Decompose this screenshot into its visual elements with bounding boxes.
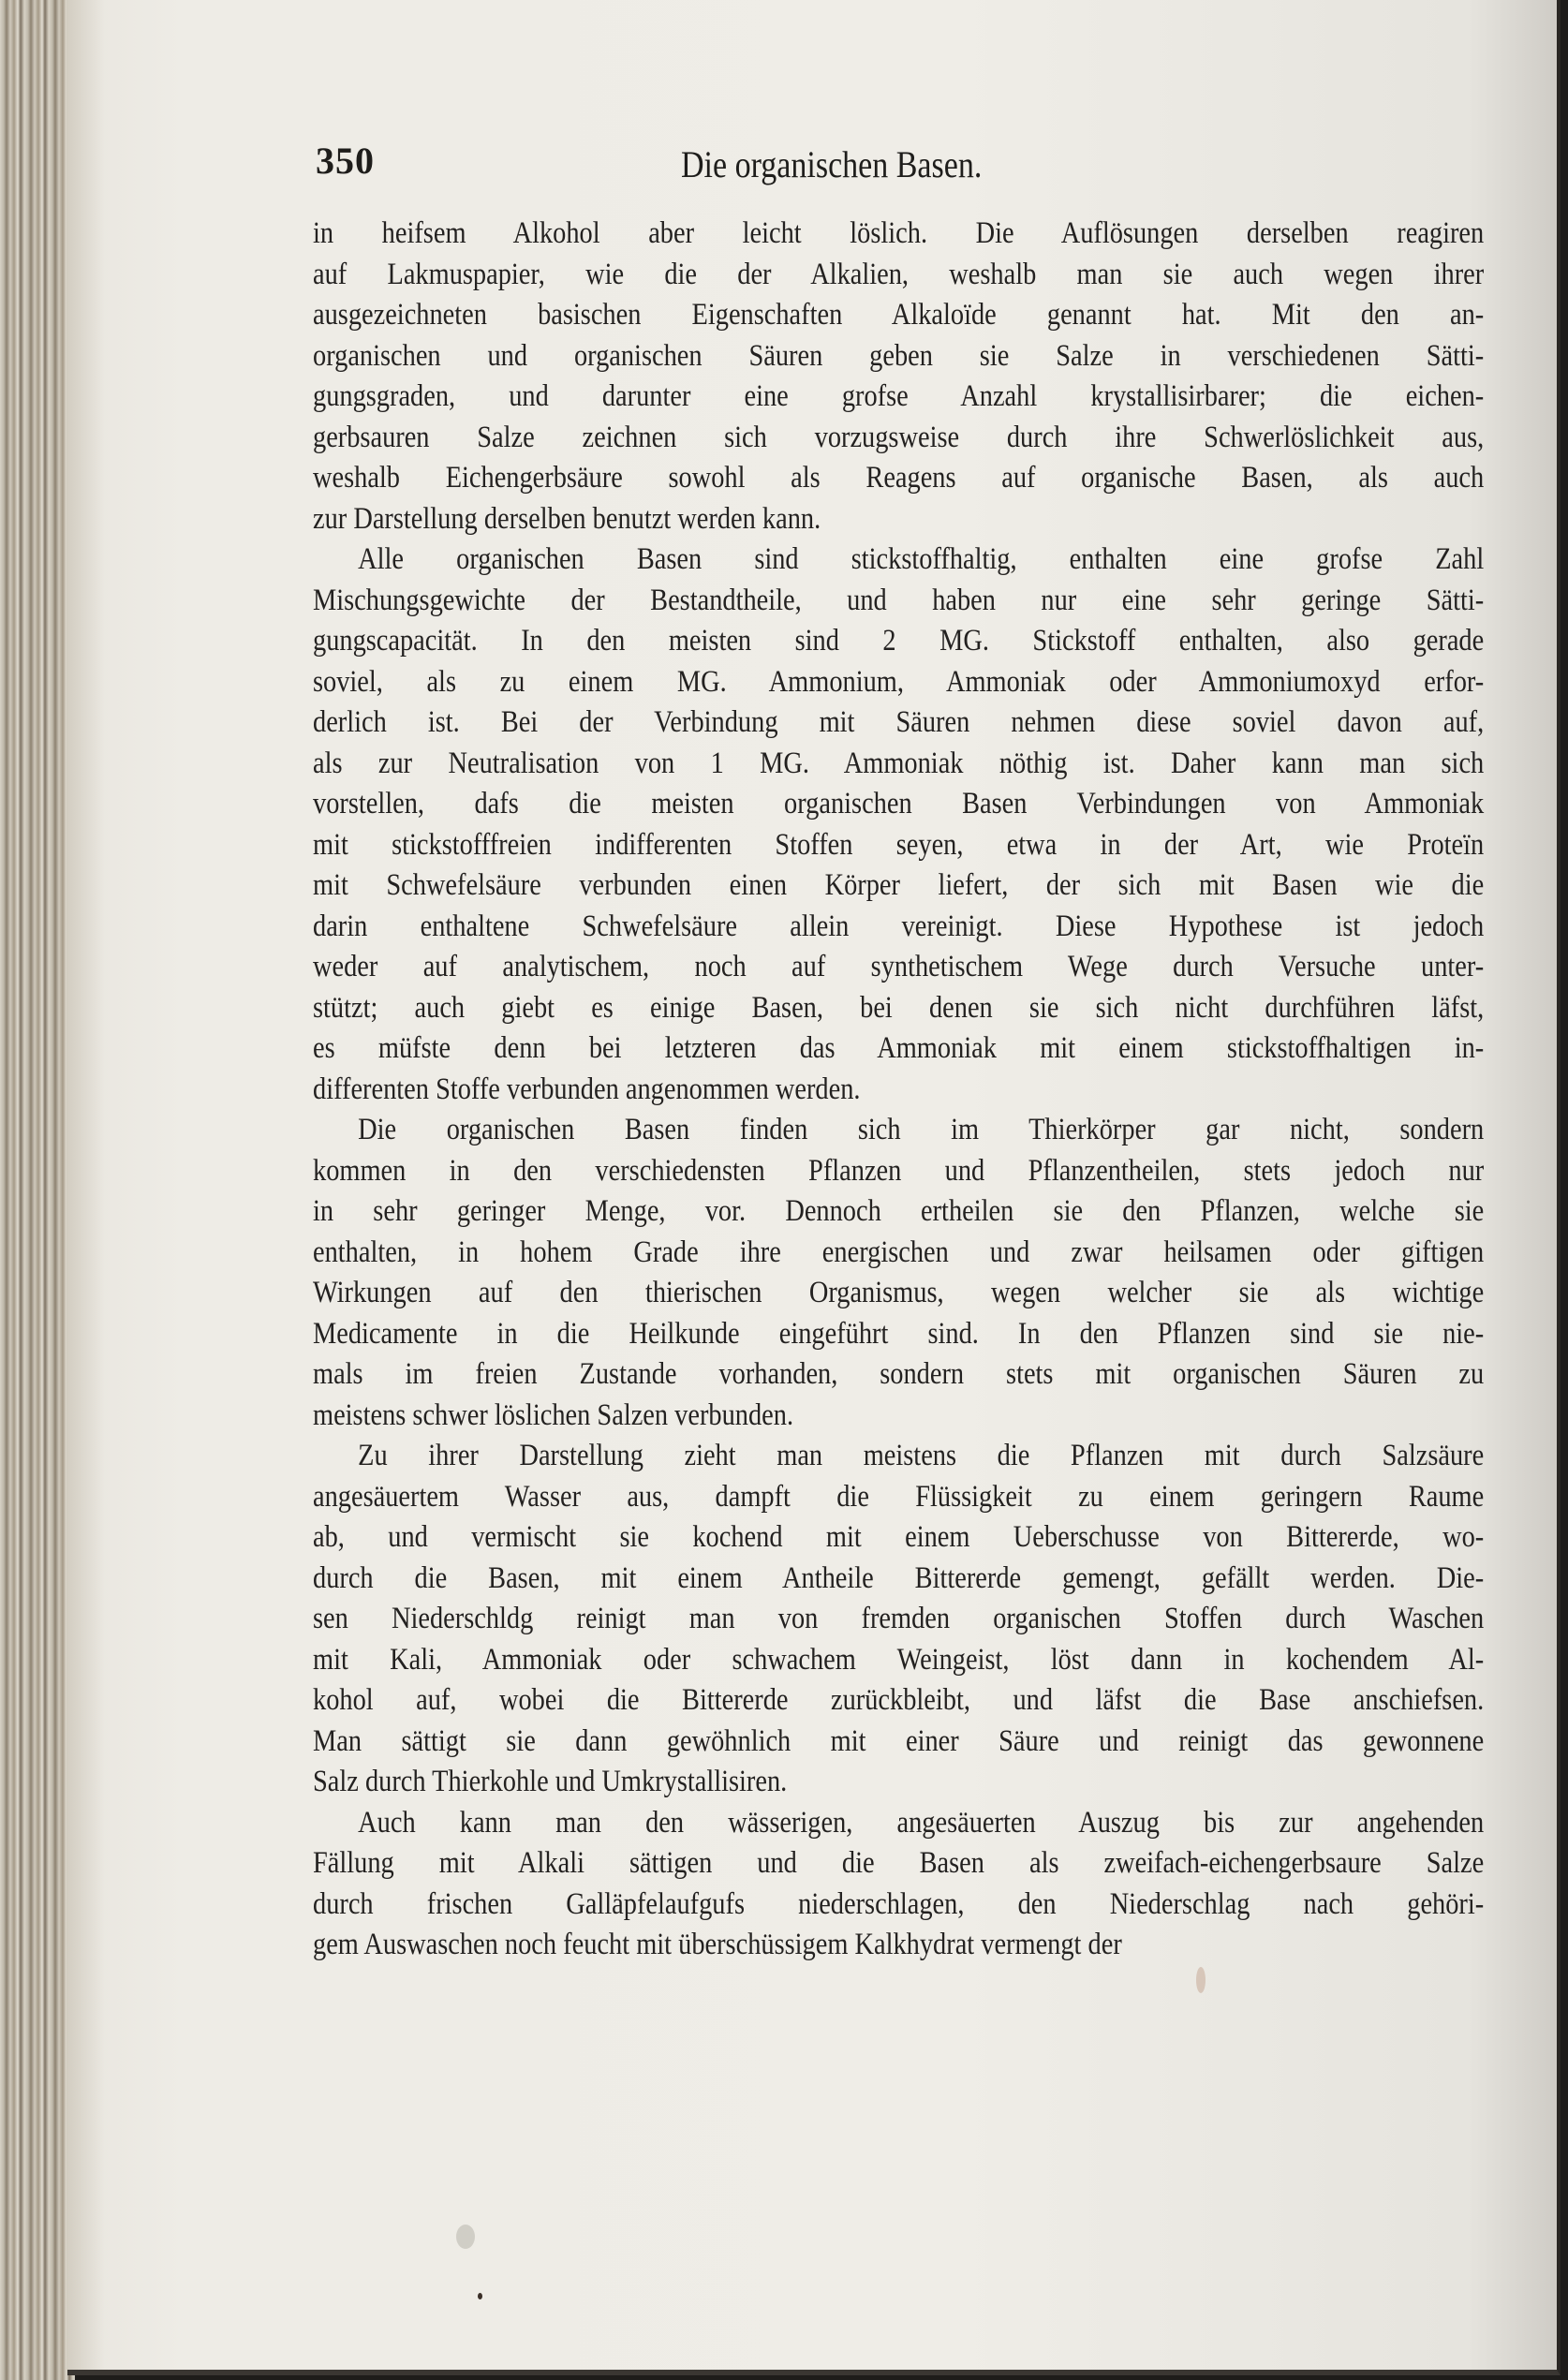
text-line: enthalten, in hohem Grade ihre energisch… [313,1233,1484,1274]
text-line: Alle organischen Basen sind stickstoffha… [313,540,1484,581]
text-line: organischen und organischen Säuren geben… [313,336,1484,377]
text-line: gerbsauren Salze zeichnen sich vorzugswe… [313,418,1484,459]
text-line: Zu ihrer Darstellung zieht man meistens … [313,1436,1484,1477]
paragraph: Alle organischen Basen sind stickstoffha… [313,540,1484,1110]
text-line: durch die Basen, mit einem Antheile Bitt… [313,1559,1484,1600]
text-line: Fällung mit Alkali sättigen und die Base… [313,1843,1484,1885]
text-line: Wirkungen auf den thierischen Organismus… [313,1273,1484,1314]
text-line: Mischungsgewichte der Bestandtheile, und… [313,581,1484,622]
text-line: weder auf analytischem, noch auf synthet… [313,947,1484,988]
text-line: Medicamente in die Heilkunde eingeführt … [313,1314,1484,1355]
paragraph: Die organischen Basen finden sich im Thi… [313,1110,1484,1436]
book-page: 350 Die organischen Basen. in heifsem Al… [67,0,1561,2375]
text-line: ab, und vermischt sie kochend mit einem … [313,1517,1484,1559]
page-title: Die organischen Basen. [681,142,982,186]
text-line: kohol auf, wobei die Bittererde zurückbl… [313,1680,1484,1722]
paragraph: Auch kann man den wässerigen, angesäuert… [313,1803,1484,1966]
running-head: 350 Die organischen Basen. [67,131,1557,187]
ink-dot [478,2293,482,2299]
text-line: vorstellen, dafs die meisten organischen… [313,784,1484,825]
text-line: gungscapacität. In den meisten sind 2 MG… [313,621,1484,662]
body-text: in heifsem Alkohol aber leicht löslich. … [313,214,1484,1966]
text-line: durch frischen Galläpfelaufgufs niedersc… [313,1885,1484,1926]
text-line: weshalb Eichengerbsäure sowohl als Reage… [313,458,1484,499]
text-line: in heifsem Alkohol aber leicht löslich. … [313,214,1484,255]
text-line: auf Lakmuspapier, wie die der Alkalien, … [313,255,1484,296]
text-line: mals im freien Zustande vorhanden, sonde… [313,1354,1484,1396]
text-line: als zur Neutralisation von 1 MG. Ammonia… [313,744,1484,785]
foxing-spot [1196,1967,1206,1993]
text-line: gungsgraden, und darunter eine grofse An… [313,377,1484,418]
ink-stain [456,2225,475,2249]
text-line: mit Schwefelsäure verbunden einen Körper… [313,865,1484,907]
text-line: Salz durch Thierkohle und Umkrystallisir… [313,1762,1484,1803]
text-line: soviel, als zu einem MG. Ammonium, Ammon… [313,662,1484,703]
text-line: Die organischen Basen finden sich im Thi… [313,1110,1484,1151]
text-line: mit stickstofffreien indifferenten Stoff… [313,825,1484,866]
text-line: in sehr geringer Menge, vor. Dennoch ert… [313,1191,1484,1233]
text-line: mit Kali, Ammoniak oder schwachem Weinge… [313,1640,1484,1681]
page-number: 350 [316,139,375,183]
text-line: gem Auswaschen noch feucht mit überschüs… [313,1925,1484,1966]
text-line: ausgezeichneten basischen Eigenschaften … [313,295,1484,336]
text-line: es müfste denn bei letzteren das Ammonia… [313,1028,1484,1070]
text-line: derlich ist. Bei der Verbindung mit Säur… [313,702,1484,744]
book-spine-page-edges [0,0,75,2380]
text-line: darin enthaltene Schwefelsäure allein ve… [313,907,1484,948]
text-line: Auch kann man den wässerigen, angesäuert… [313,1803,1484,1844]
text-line: sen Niederschldg reinigt man von fremden… [313,1599,1484,1640]
text-line: angesäuertem Wasser aus, dampft die Flüs… [313,1477,1484,1518]
text-line: zur Darstellung derselben benutzt werden… [313,499,1484,540]
text-line: Man sättigt sie dann gewöhnlich mit eine… [313,1722,1484,1763]
text-line: meistens schwer löslichen Salzen verbund… [313,1396,1484,1437]
text-line: kommen in den verschiedensten Pflanzen u… [313,1151,1484,1192]
paragraph: Zu ihrer Darstellung zieht man meistens … [313,1436,1484,1803]
text-line: stützt; auch giebt es einige Basen, bei … [313,988,1484,1029]
text-line: differenten Stoffe verbunden angenommen … [313,1070,1484,1111]
paragraph: in heifsem Alkohol aber leicht löslich. … [313,214,1484,540]
